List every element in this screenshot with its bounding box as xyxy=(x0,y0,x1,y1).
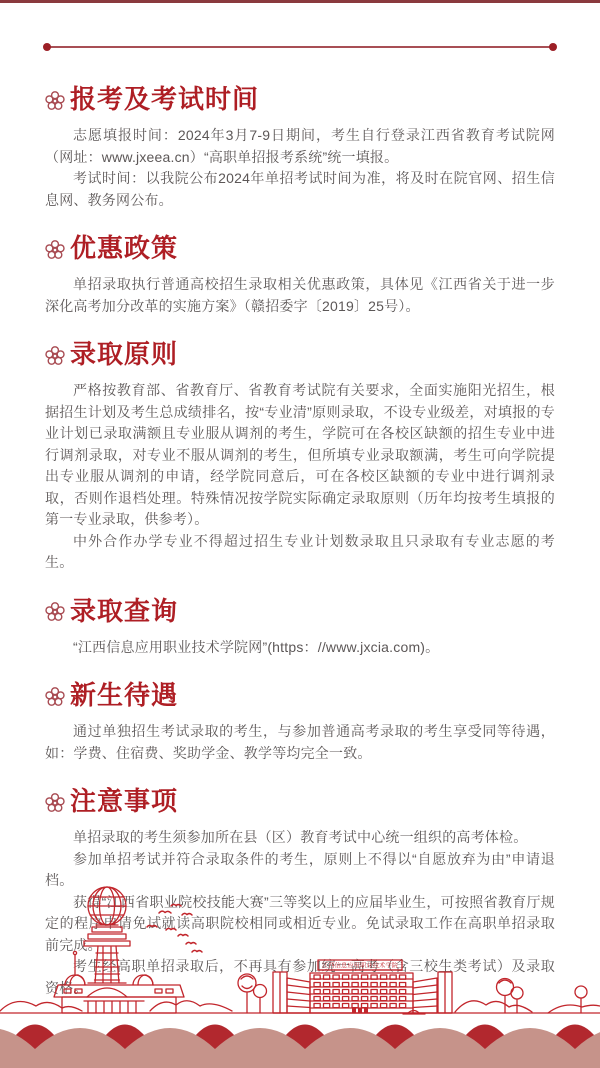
section-title: 录取原则 xyxy=(45,337,555,371)
top-border xyxy=(0,0,600,3)
page: 报考及考试时间 志愿填报时间：2024年3月7-9日期间，考生自行登录江西省教育… xyxy=(0,0,600,1068)
section-title-text: 新生待遇 xyxy=(70,678,178,712)
blossom-icon xyxy=(45,687,65,707)
wave-decoration xyxy=(0,1025,600,1068)
section-title-text: 优惠政策 xyxy=(70,231,178,265)
content: 报考及考试时间 志愿填报时间：2024年3月7-9日期间，考生自行登录江西省教育… xyxy=(0,82,600,999)
section-title-text: 报考及考试时间 xyxy=(70,82,259,116)
section-title: 新生待遇 xyxy=(45,678,555,712)
blossom-icon xyxy=(45,346,65,366)
paragraph: 单招录取的考生须参加所在县（区）教育考试中心统一组织的高考体检。 xyxy=(45,827,555,849)
section-admission-principles: 录取原则 严格按教育部、省教育厅、省教育考试院有关要求，全面实施阳光招生，根据招… xyxy=(45,337,555,574)
top-divider xyxy=(45,46,555,48)
blossom-icon xyxy=(45,793,65,813)
paragraph: 中外合作办学专业不得超过招生专业计划数录取且只录取有专业志愿的考生。 xyxy=(45,531,555,574)
section-title: 录取查询 xyxy=(45,594,555,628)
section-freshman-treatment: 新生待遇 通过单独招生考试录取的考生，与参加普通高考录取的考生享受同等待遇，如：… xyxy=(45,678,555,764)
blossom-icon xyxy=(45,91,65,111)
section-title-text: 注意事项 xyxy=(70,784,178,818)
building-doors xyxy=(352,1008,368,1014)
section-exam-time: 报考及考试时间 志愿填报时间：2024年3月7-9日期间，考生自行登录江西省教育… xyxy=(45,82,555,211)
paragraph: “江西信息应用职业技术学院网”(https：//www.jxcia.com)。 xyxy=(45,637,555,659)
section-title: 优惠政策 xyxy=(45,231,555,265)
tower xyxy=(54,887,184,1013)
building-windows xyxy=(314,975,406,1008)
blossom-icon xyxy=(45,240,65,260)
paragraph: 单招录取执行普通高校招生录取相关优惠政策，具体见《江西省关于进一步深化高考加分改… xyxy=(45,274,555,317)
section-title: 注意事项 xyxy=(45,784,555,818)
section-title-text: 录取原则 xyxy=(70,337,178,371)
blossom-icon xyxy=(45,602,65,622)
section-title-text: 录取查询 xyxy=(70,594,178,628)
building-sign-text: 江西信息应用职业技术学院 xyxy=(322,962,398,970)
paragraph: 严格按教育部、省教育厅、省教育考试院有关要求，全面实施阳光招生，根据招生计划及考… xyxy=(45,380,555,531)
campus-illustration: 江西信息应用职业技术学院 xyxy=(0,883,600,1068)
paragraph: 考试时间：以我院公布2024年单招考试时间为准，将及时在院官网、招生信息网、教务… xyxy=(45,168,555,211)
section-title: 报考及考试时间 xyxy=(45,82,555,116)
section-preferential-policy: 优惠政策 单招录取执行普通高校招生录取相关优惠政策，具体见《江西省关于进一步深化… xyxy=(45,231,555,317)
section-admission-query: 录取查询 “江西信息应用职业技术学院网”(https：//www.jxcia.c… xyxy=(45,594,555,659)
paragraph: 志愿填报时间：2024年3月7-9日期间，考生自行登录江西省教育考试院网（网址：… xyxy=(45,125,555,168)
birds xyxy=(147,904,202,952)
paragraph: 通过单独招生考试录取的考生，与参加普通高考录取的考生享受同等待遇，如：学费、住宿… xyxy=(45,721,555,764)
